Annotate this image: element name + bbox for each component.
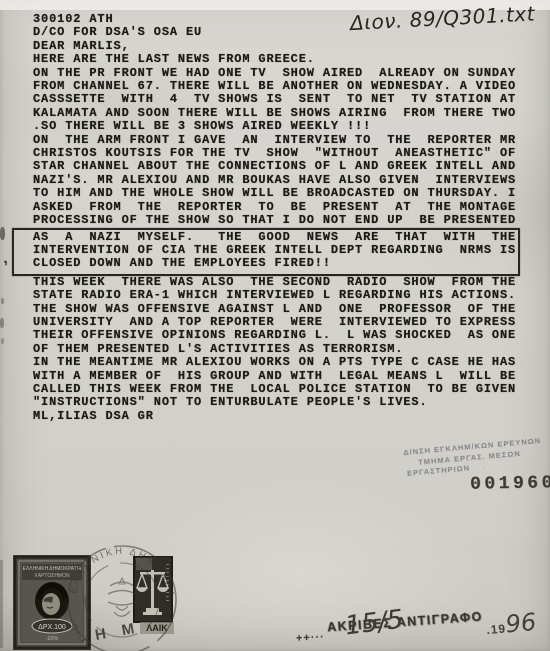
stamped-year-prefix: .19	[486, 621, 507, 637]
handwritten-date-day: 15/5	[343, 605, 405, 642]
pen-marks: ++···	[296, 631, 325, 644]
revenue-stamp-surcharge: ·20%	[46, 636, 59, 642]
handwritten-date-year: .1996	[485, 608, 537, 640]
scan-edge-smudge	[1, 338, 4, 344]
seal-visible-letters: ΟΙΟ	[68, 621, 89, 645]
scanned-letter-page: Διον. 89/Q301.txt 300102 ATH D/CO FOR DS…	[0, 0, 550, 651]
round-seal-stamp: ΕΛΛΗΝΙΚΗ ΔΗΜΟΚΡΑΤΙΑ Η Μ ΟΙΟ	[58, 538, 186, 651]
seal-emblem	[108, 578, 136, 616]
pencil-comma-mark: ,	[2, 250, 8, 267]
scan-edge-smudge	[0, 227, 5, 240]
letter-body: 300102 ATH D/CO FOR DSA'S OSA EU DEAR MA…	[33, 13, 520, 423]
highlight-box: AS A NAZI MYSELF. THE GOOD NEWS ARE THAT…	[12, 228, 520, 276]
scan-edge-smudge	[1, 298, 4, 304]
svg-text:ΕΛΛΗΝΙΚΗ ΔΗΜΟΚΡΑΤΙΑ: ΕΛΛΗΝΙΚΗ ΔΗΜΟΚΡΑΤΙΑ	[58, 538, 176, 599]
handwritten-year-digits: 96	[504, 608, 537, 639]
letter-text-boxed: AS A NAZI MYSELF. THE GOOD NEWS ARE THAT…	[33, 231, 516, 271]
letter-text-after-box: THIS WEEK THERE WAS ALSO THE SECOND RADI…	[33, 276, 520, 423]
letter-text-before-box: 300102 ATH D/CO FOR DSA'S OSA EU DEAR MA…	[33, 13, 520, 228]
scan-edge-smudge	[0, 318, 4, 328]
seal-visible-letters: Η Μ	[94, 619, 142, 644]
seal-ring-text: ΕΛΛΗΝΙΚΗ ΔΗΜΟΚΡΑΤΙΑ	[58, 538, 176, 599]
scan-edge-smudge	[0, 560, 3, 648]
serial-number-stamp: 001960	[470, 473, 550, 494]
